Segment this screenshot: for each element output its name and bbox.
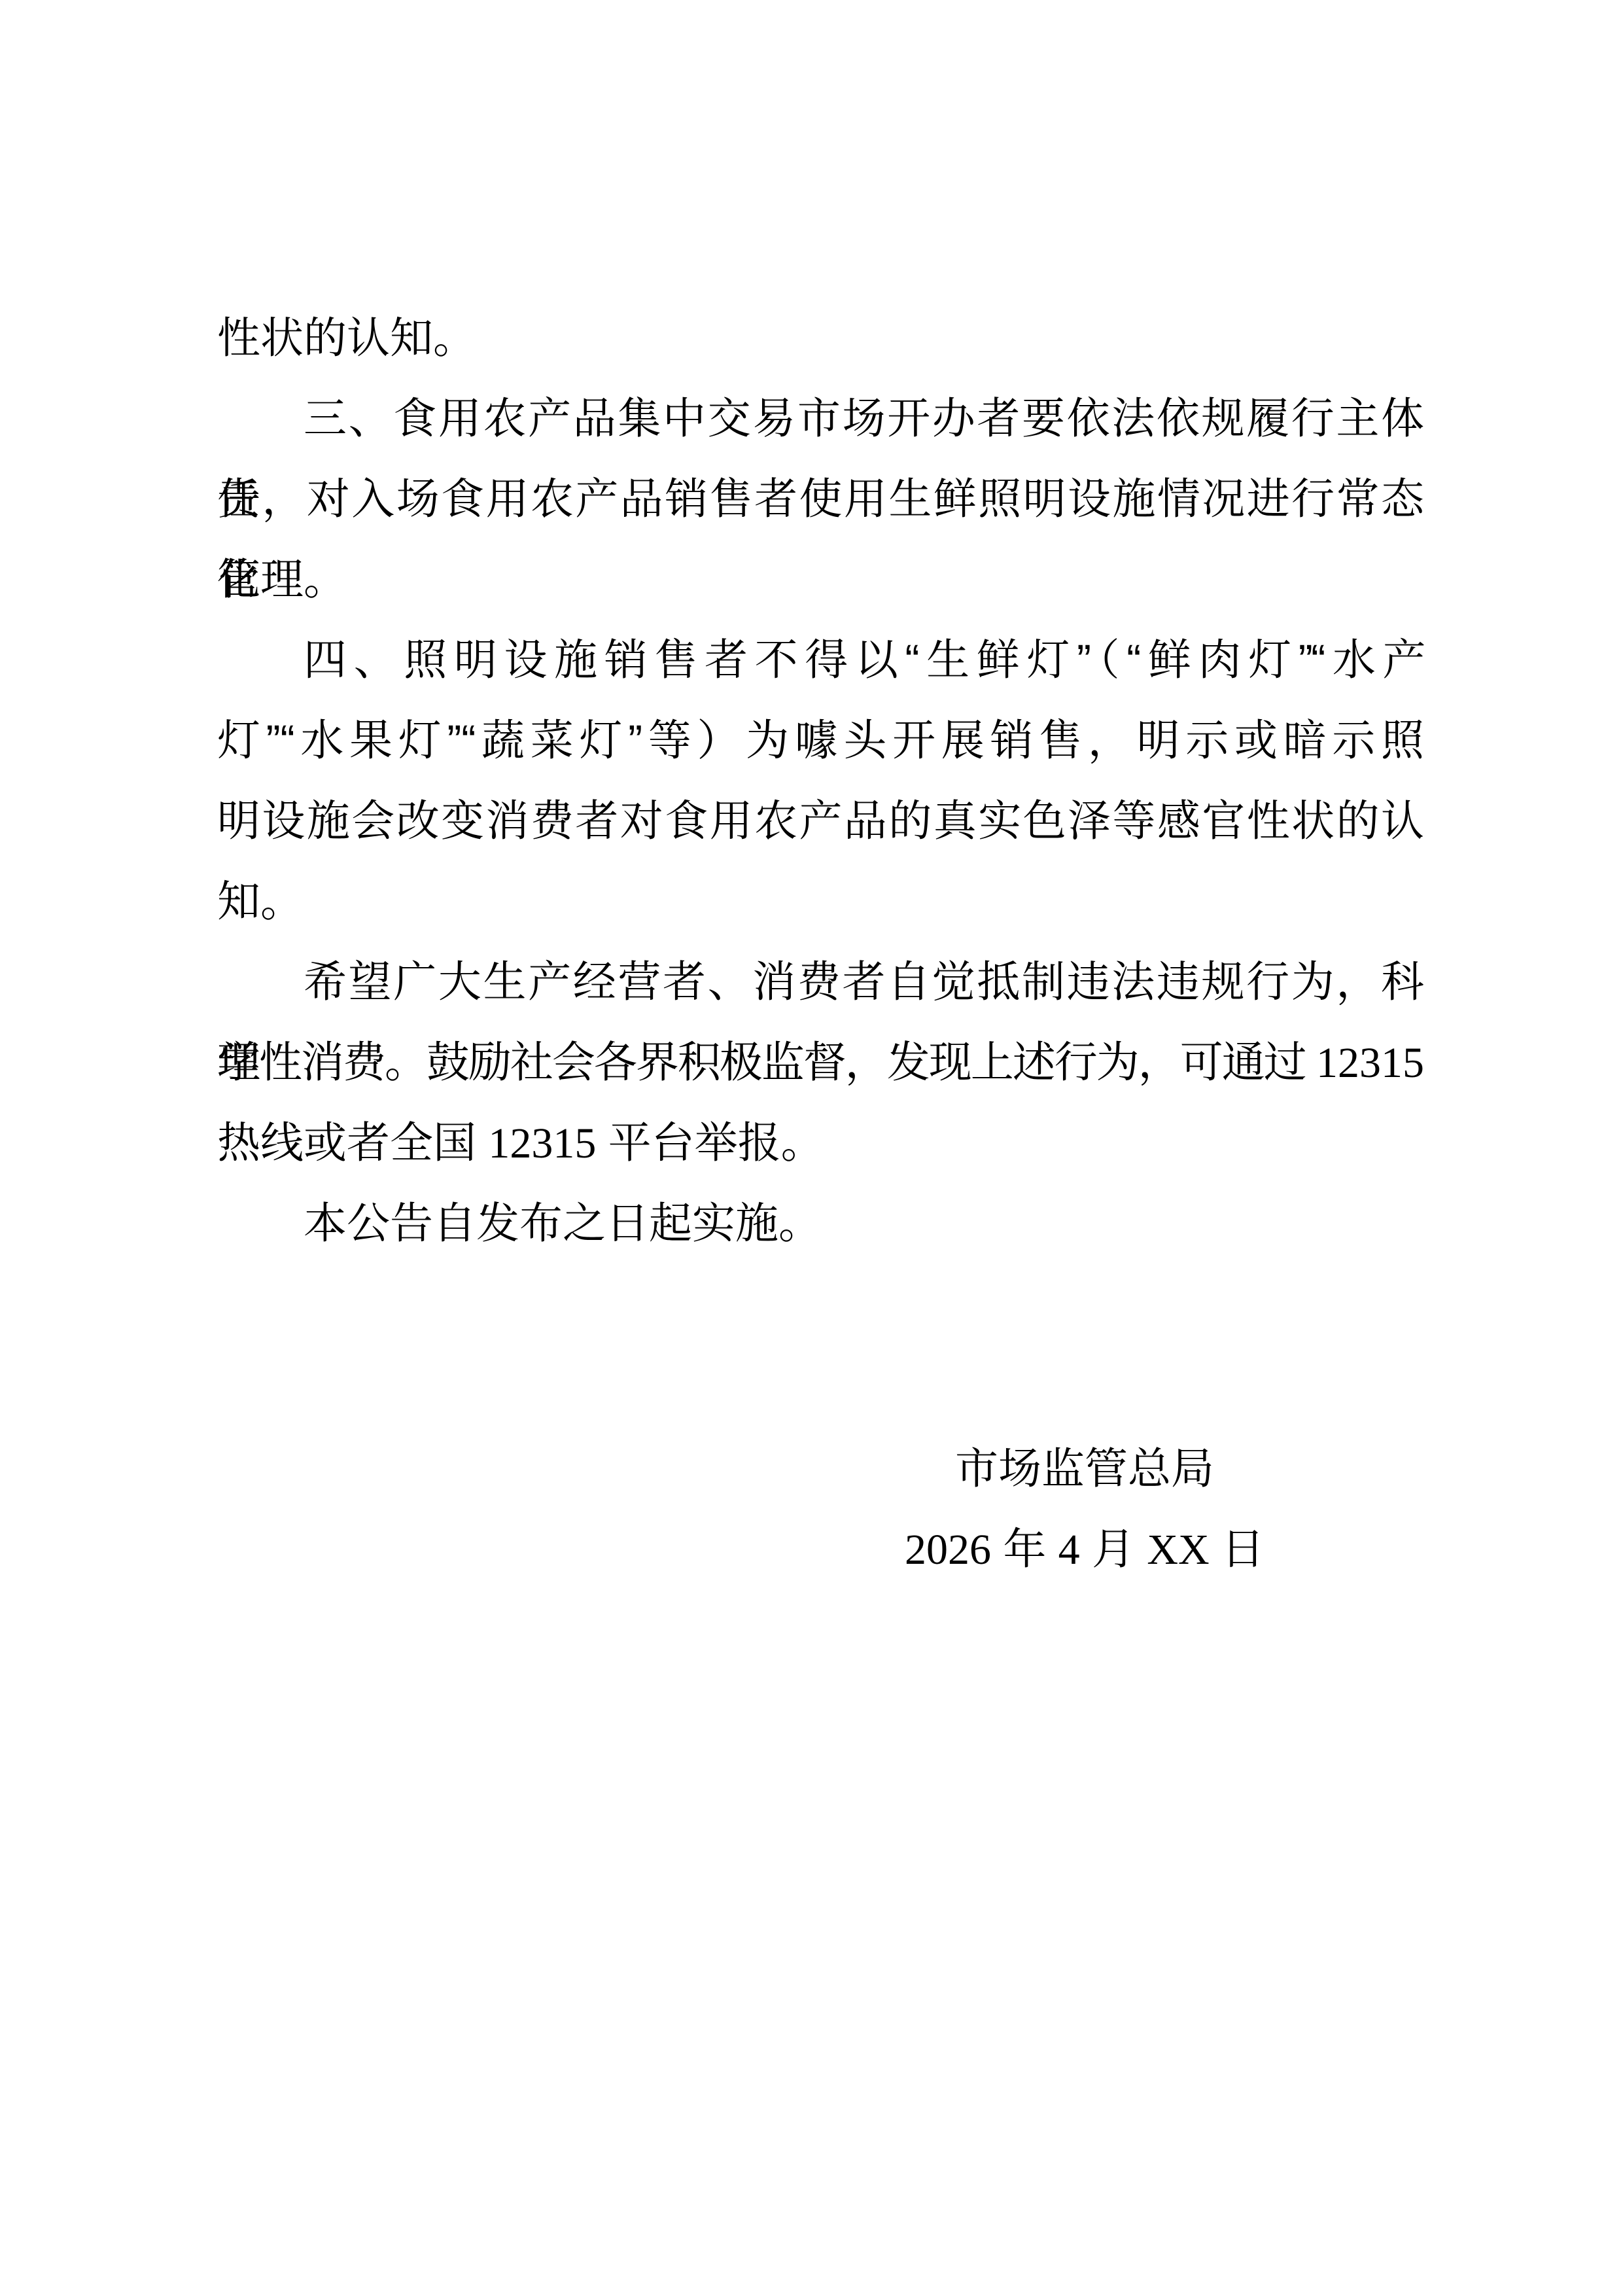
body-line: 明设施会改变消费者对食用农产品的真实色泽等感官性状的认 — [217, 781, 1424, 861]
body-line: 热线或者全国 12315 平台举报。 — [217, 1103, 1424, 1183]
body-line: 知。 — [217, 861, 1424, 942]
body-line: 灯”“水果灯”“蔬菜灯”等）为噱头开展销售，明示或暗示照 — [217, 700, 1424, 781]
body-line: 三、食用农产品集中交易市场开办者要依法依规履行主体责 — [217, 378, 1424, 459]
signature-date: 2026 年 4 月 XX 日 — [905, 1509, 1265, 1589]
body-line: 任，对入场食用农产品销售者使用生鲜照明设施情况进行常态化 — [217, 459, 1424, 539]
body-line-text: 理性消费。鼓励社会各界积极监督，发现上述行为，可通过 — [217, 1038, 1316, 1086]
signature-date-month: 4 — [1058, 1526, 1080, 1574]
body-line: 性状的认知。 — [217, 298, 1424, 378]
signature-date-day-unit: 日 — [1210, 1525, 1265, 1573]
body-line-text: 热线或者全国 — [217, 1118, 488, 1167]
signature-date-day: XX — [1147, 1526, 1209, 1574]
document-page: 性状的认知。 三、食用农产品集中交易市场开办者要依法依规履行主体责 任，对入场食… — [0, 0, 1623, 2296]
body-line: 管理。 — [217, 539, 1424, 620]
signature-block: 市场监管总局 2026 年 4 月 XX 日 — [905, 1428, 1265, 1589]
signature-org: 市场监管总局 — [905, 1428, 1265, 1509]
body-line: 理性消费。鼓励社会各界积极监督，发现上述行为，可通过 12315 — [217, 1022, 1424, 1103]
body-line: 希望广大生产经营者、消费者自觉抵制违法违规行为，科学 — [217, 942, 1424, 1022]
signature-date-year: 2026 — [905, 1526, 991, 1574]
document-body: 性状的认知。 三、食用农产品集中交易市场开办者要依法依规履行主体责 任，对入场食… — [217, 298, 1424, 1263]
body-line: 本公告自发布之日起实施。 — [217, 1183, 1424, 1263]
body-line-text: 平台举报。 — [596, 1118, 824, 1167]
hotline-number: 12315 — [488, 1120, 596, 1167]
hotline-number: 12315 — [1316, 1039, 1424, 1087]
body-line: 四、照明设施销售者不得以“生鲜灯”（“鲜肉灯”“水产 — [217, 620, 1424, 700]
signature-date-year-unit: 年 — [991, 1525, 1058, 1573]
signature-date-month-unit: 月 — [1080, 1525, 1147, 1573]
